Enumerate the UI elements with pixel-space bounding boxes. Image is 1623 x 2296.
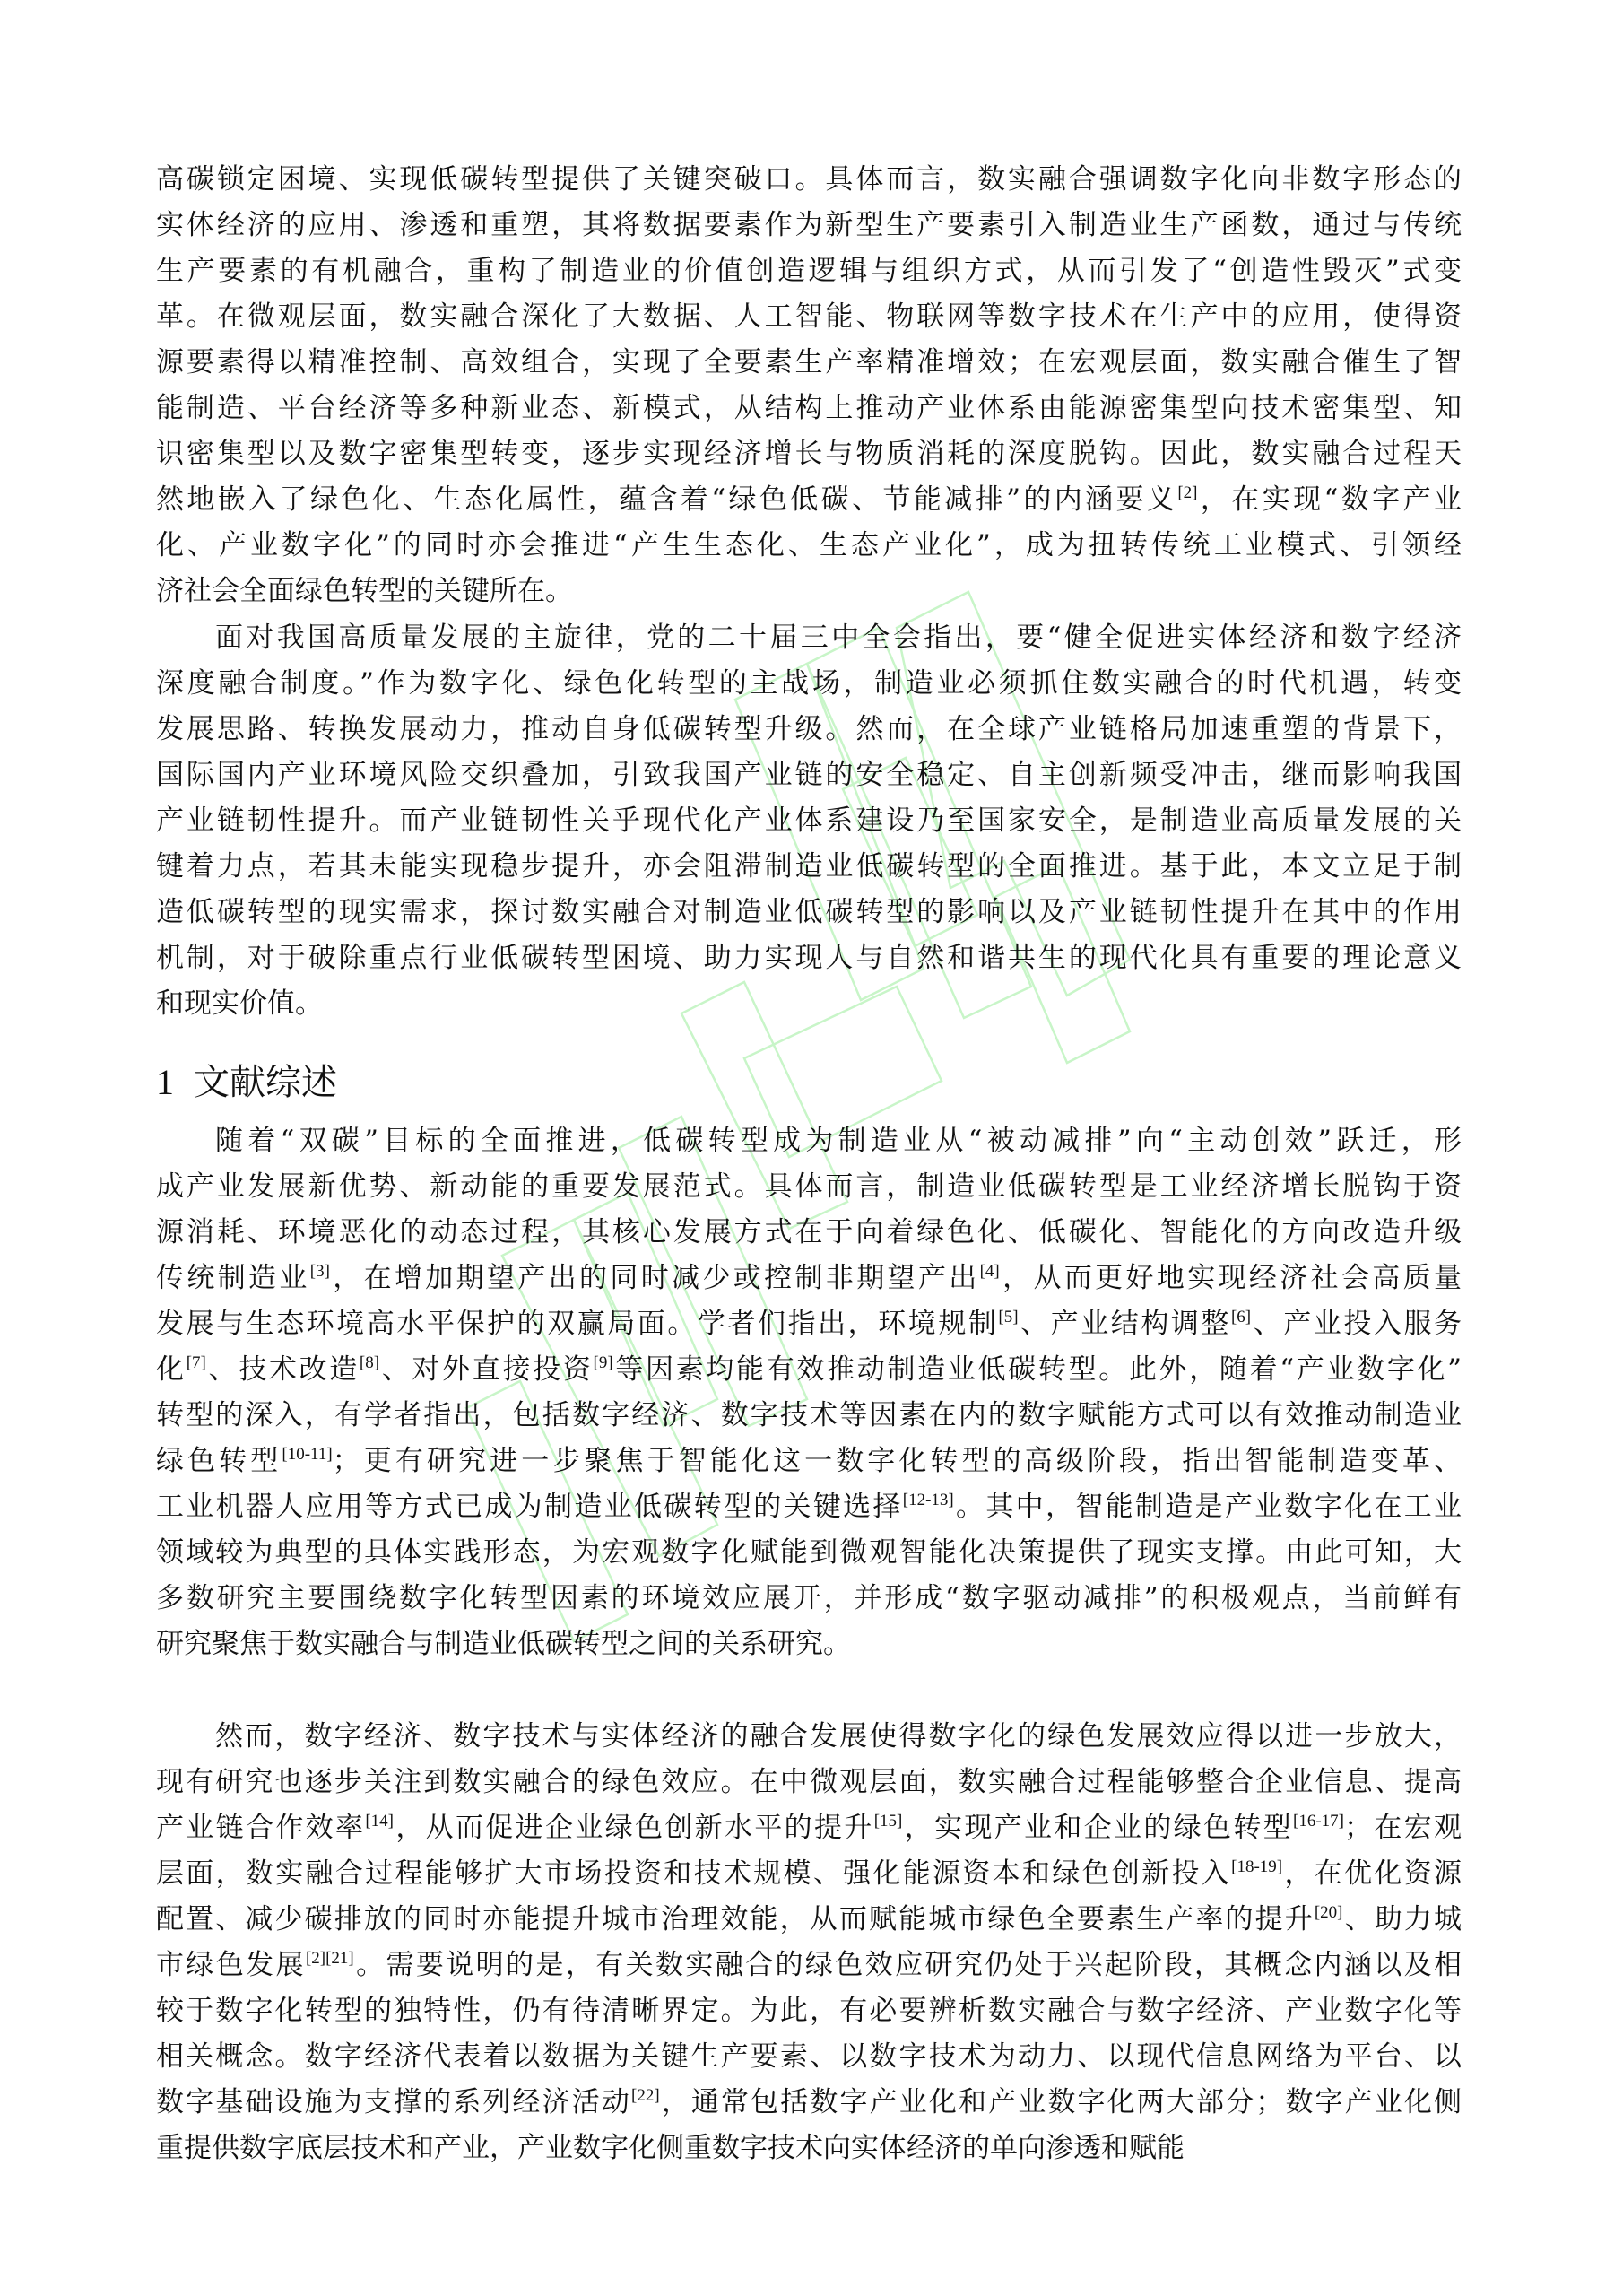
text-line: 化[7]、技术改造[8]、对外直接投资[9]等因素均能有效推动制造业低碳转型。此…	[156, 1347, 1462, 1392]
text-line: 工业机器人应用等方式已成为制造业低碳转型的关键选择[12-13]。其中，智能制造…	[156, 1484, 1462, 1529]
text-run: 高碳锁定困境、实现低碳转型提供了关键突破口。具体而言，数实融合强调数字化向非数字…	[156, 163, 1462, 196]
text-run: ，通常包括数字产业化和产业数字化两大部分；数字产业化侧	[660, 2086, 1462, 2118]
citation-ref[interactable]: [14]	[365, 1812, 394, 1831]
text-line: 相关概念。数字经济代表着以数据为关键生产要素、以数字技术为动力、以现代信息网络为…	[156, 2034, 1462, 2079]
text-run: ，从而促进企业绿色创新水平的提升	[394, 1812, 874, 1844]
text-run: 。需要说明的是，有关数实融合的绿色效应研究仍处于兴起阶段，其概念内涵以及相	[354, 1949, 1462, 1981]
text-run: 转型的深入，有学者指出，包括数字经济、数字技术等因素在内的数字赋能方式可以有效推…	[156, 1399, 1462, 1431]
text-line: 然而，数字经济、数字技术与实体经济的融合发展使得数字化的绿色发展效应得以进一步放…	[215, 1714, 1462, 1759]
text-line: 层面，数实融合过程能够扩大市场投资和技术规模、强化能源资本和绿色创新投入[18-…	[156, 1851, 1462, 1896]
text-run: 、产业结构调整	[1019, 1308, 1231, 1340]
text-line: 实体经济的应用、渗透和重塑，其将数据要素作为新型生产要素引入制造业生产函数，通过…	[156, 203, 1462, 248]
text-line: 领域较为典型的具体实践形态，为宏观数字化赋能到微观智能化决策提供了现实支撑。由此…	[156, 1530, 1462, 1575]
text-run: 深度融合制度。”作为数字化、绿色化转型的主战场，制造业必须抓住数实融合的时代机遇…	[156, 667, 1462, 700]
text-run: 随着“双碳”目标的全面推进，低碳转型成为制造业从“被动减排”向“主动创效”跃迁，…	[215, 1125, 1462, 1157]
text-run: 机制，对于破除重点行业低碳转型困境、助力实现人与自然和谐共生的现代化具有重要的理…	[156, 942, 1462, 974]
section-number: 1	[156, 1062, 174, 1102]
text-run: 然地嵌入了绿色化、生态化属性，蕴含着“绿色低碳、节能减排”的内涵要义	[156, 483, 1177, 516]
citation-ref[interactable]: [18-19]	[1231, 1857, 1282, 1876]
citation-ref[interactable]: [12-13]	[903, 1491, 954, 1509]
text-line: 市绿色发展[2][21]。需要说明的是，有关数实融合的绿色效应研究仍处于兴起阶段…	[156, 1943, 1462, 1987]
text-run: 重提供数字底层技术和产业，产业数字化侧重数字技术向实体经济的单向渗透和赋能	[156, 2132, 1185, 2164]
text-line: 绿色转型[10-11]；更有研究进一步聚焦于智能化这一数字化转型的高级阶段，指出…	[156, 1439, 1462, 1483]
text-line: 多数研究主要围绕数字化转型因素的环境效应展开，并形成“数字驱动减排”的积极观点，…	[156, 1576, 1462, 1621]
text-line: 能制造、平台经济等多种新业态、新模式，从结构上推动产业体系由能源密集型向技术密集…	[156, 386, 1462, 430]
text-line: 面对我国高质量发展的主旋律，党的二十届三中全会指出，要“健全促进实体经济和数字经…	[215, 615, 1462, 660]
text-line: 发展与生态环境高水平保护的双赢局面。学者们指出，环境规制[5]、产业结构调整[6…	[156, 1301, 1462, 1346]
citation-ref[interactable]: [9]	[594, 1353, 613, 1372]
text-run: 革。在微观层面，数实融合深化了大数据、人工智能、物联网等数字技术在生产中的应用，…	[156, 300, 1462, 333]
text-line: 数字基础设施为支撑的系列经济活动[22]，通常包括数字产业化和产业数字化两大部分…	[156, 2080, 1462, 2125]
citation-ref[interactable]: [2][21]	[306, 1949, 354, 1968]
text-line: 较于数字化转型的独特性，仍有待清晰界定。为此，有必要辨析数实融合与数字经济、产业…	[156, 1988, 1462, 2033]
text-line: 现有研究也逐步关注到数实融合的绿色效应。在中微观层面，数实融合过程能够整合企业信…	[156, 1760, 1462, 1805]
citation-ref[interactable]: [4]	[980, 1262, 1000, 1281]
citation-ref[interactable]: [20]	[1315, 1903, 1343, 1922]
text-run: 、对外直接投资	[379, 1353, 593, 1386]
text-run: 国际国内产业环境风险交织叠加，引致我国产业链的安全稳定、自主创新频受冲击，继而影…	[156, 759, 1462, 791]
citation-ref[interactable]: [3]	[310, 1262, 330, 1281]
text-run: 实体经济的应用、渗透和重塑，其将数据要素作为新型生产要素引入制造业生产函数，通过…	[156, 209, 1462, 241]
section-title: 文献综述	[194, 1062, 337, 1103]
text-run: ；在宏观	[1344, 1812, 1462, 1844]
citation-ref[interactable]: [5]	[998, 1308, 1018, 1326]
text-run: 键着力点，若其未能实现稳步提升，亦会阻滞制造业低碳转型的全面推进。基于此，本文立…	[156, 850, 1462, 883]
text-line: 和现实价值。	[156, 981, 1462, 1026]
text-run: 面对我国高质量发展的主旋律，党的二十届三中全会指出，要“健全促进实体经济和数字经…	[215, 622, 1462, 654]
text-line: 高碳锁定困境、实现低碳转型提供了关键突破口。具体而言，数实融合强调数字化向非数字…	[156, 157, 1462, 202]
text-run: 化、产业数字化”的同时亦会推进“产生生态化、生态产业化”，成为扭转传统工业模式、…	[156, 529, 1462, 561]
text-run: 。其中，智能制造是产业数字化在工业	[954, 1491, 1462, 1523]
text-run: 生产要素的有机融合，重构了制造业的价值创造逻辑与组织方式，从而引发了“创造性毁灭…	[156, 255, 1462, 287]
text-line: 深度融合制度。”作为数字化、绿色化转型的主战场，制造业必须抓住数实融合的时代机遇…	[156, 661, 1462, 706]
text-run: 领域较为典型的具体实践形态，为宏观数字化赋能到微观智能化决策提供了现实支撑。由此…	[156, 1536, 1462, 1569]
text-run: 、产业投入服务	[1251, 1308, 1462, 1340]
text-line: 源消耗、环境恶化的动态过程，其核心发展方式在于向着绿色化、低碳化、智能化的方向改…	[156, 1210, 1462, 1255]
text-run: 配置、减少碳排放的同时亦能提升城市治理效能，从而赋能城市绿色全要素生产率的提升	[156, 1903, 1315, 1935]
text-run: 传统制造业	[156, 1262, 310, 1294]
text-run: 和现实价值。	[156, 987, 323, 1020]
text-run: 市绿色发展	[156, 1949, 306, 1981]
text-run: 、助力城	[1343, 1903, 1462, 1935]
text-run: 能制造、平台经济等多种新业态、新模式，从结构上推动产业体系由能源密集型向技术密集…	[156, 392, 1462, 424]
text-run: ，在增加期望产出的同时减少或控制非期望产出	[330, 1262, 980, 1294]
text-line: 源要素得以精准控制、高效组合，实现了全要素生产率精准增效；在宏观层面，数实融合催…	[156, 340, 1462, 385]
text-line: 识密集型以及数字密集型转变，逐步实现经济增长与物质消耗的深度脱钩。因此，数实融合…	[156, 431, 1462, 476]
citation-ref[interactable]: [7]	[187, 1353, 206, 1372]
text-line: 重提供数字底层技术和产业，产业数字化侧重数字技术向实体经济的单向渗透和赋能	[156, 2126, 1462, 2170]
text-line: 键着力点，若其未能实现稳步提升，亦会阻滞制造业低碳转型的全面推进。基于此，本文立…	[156, 844, 1462, 889]
text-run: 然而，数字经济、数字技术与实体经济的融合发展使得数字化的绿色发展效应得以进一步放…	[215, 1720, 1462, 1752]
text-run: 研究聚焦于数实融合与制造业低碳转型之间的关系研究。	[156, 1628, 851, 1660]
text-run: 济社会全面绿色转型的关键所在。	[156, 575, 573, 607]
text-run: 、技术改造	[206, 1353, 360, 1386]
text-run: 识密集型以及数字密集型转变，逐步实现经济增长与物质消耗的深度脱钩。因此，数实融合…	[156, 438, 1462, 470]
text-run: 源要素得以精准控制、高效组合，实现了全要素生产率精准增效；在宏观层面，数实融合催…	[156, 346, 1462, 378]
text-run: 工业机器人应用等方式已成为制造业低碳转型的关键选择	[156, 1491, 903, 1523]
citation-ref[interactable]: [8]	[360, 1353, 379, 1372]
text-run: 造低碳转型的现实需求，探讨数实融合对制造业低碳转型的影响以及产业链韧性提升在其中…	[156, 896, 1462, 928]
text-line: 化、产业数字化”的同时亦会推进“产生生态化、生态产业化”，成为扭转传统工业模式、…	[156, 523, 1462, 568]
citation-ref[interactable]: [22]	[631, 2086, 660, 2105]
text-line: 产业链合作效率[14]，从而促进企业绿色创新水平的提升[15]，实现产业和企业的…	[156, 1805, 1462, 1850]
text-line: 国际国内产业环境风险交织叠加，引致我国产业链的安全稳定、自主创新频受冲击，继而影…	[156, 752, 1462, 797]
text-run: ，从而更好地实现经济社会高质量	[1000, 1262, 1462, 1294]
text-line: 然地嵌入了绿色化、生态化属性，蕴含着“绿色低碳、节能减排”的内涵要义[2]，在实…	[156, 477, 1462, 522]
text-run: 成产业发展新优势、新动能的重要发展范式。具体而言，制造业低碳转型是工业经济增长脱…	[156, 1170, 1462, 1203]
text-line: 生产要素的有机融合，重构了制造业的价值创造逻辑与组织方式，从而引发了“创造性毁灭…	[156, 248, 1462, 293]
citation-ref[interactable]: [16-17]	[1293, 1812, 1344, 1831]
text-line: 机制，对于破除重点行业低碳转型困境、助力实现人与自然和谐共生的现代化具有重要的理…	[156, 935, 1462, 980]
text-line: 产业链韧性提升。而产业链韧性关乎现代化产业体系建设乃至国家安全，是制造业高质量发…	[156, 798, 1462, 843]
citation-ref[interactable]: [15]	[874, 1812, 903, 1831]
text-run: 现有研究也逐步关注到数实融合的绿色效应。在中微观层面，数实融合过程能够整合企业信…	[156, 1766, 1462, 1798]
text-run: 数字基础设施为支撑的系列经济活动	[156, 2086, 631, 2118]
text-line: 造低碳转型的现实需求，探讨数实融合对制造业低碳转型的影响以及产业链韧性提升在其中…	[156, 890, 1462, 935]
text-run: 绿色转型	[156, 1445, 282, 1477]
text-line: 随着“双碳”目标的全面推进，低碳转型成为制造业从“被动减排”向“主动创效”跃迁，…	[215, 1118, 1462, 1163]
text-line: 成产业发展新优势、新动能的重要发展范式。具体而言，制造业低碳转型是工业经济增长脱…	[156, 1164, 1462, 1209]
text-run: 化	[156, 1353, 187, 1386]
citation-ref[interactable]: [6]	[1231, 1308, 1251, 1326]
citation-ref[interactable]: [2]	[1177, 483, 1197, 502]
section-heading: 1文献综述	[156, 1056, 337, 1109]
text-line: 发展思路、转换发展动力，推动自身低碳转型升级。然而，在全球产业链格局加速重塑的背…	[156, 707, 1462, 752]
citation-ref[interactable]: [10-11]	[282, 1445, 332, 1464]
document-page: 高碳锁定困境、实现低碳转型提供了关键突破口。具体而言，数实融合强调数字化向非数字…	[0, 0, 1623, 2296]
text-run: 相关概念。数字经济代表着以数据为关键生产要素、以数字技术为动力、以现代信息网络为…	[156, 2040, 1462, 2073]
text-run: 源消耗、环境恶化的动态过程，其核心发展方式在于向着绿色化、低碳化、智能化的方向改…	[156, 1216, 1462, 1248]
text-run: 产业链合作效率	[156, 1812, 365, 1844]
text-run: ，在优化资源	[1282, 1857, 1462, 1890]
text-line: 济社会全面绿色转型的关键所在。	[156, 569, 1462, 613]
text-run: ，实现产业和企业的绿色转型	[902, 1812, 1293, 1844]
text-run: 多数研究主要围绕数字化转型因素的环境效应展开，并形成“数字驱动减排”的积极观点，…	[156, 1582, 1462, 1614]
text-run: 发展与生态环境高水平保护的双赢局面。学者们指出，环境规制	[156, 1308, 998, 1340]
text-run: 层面，数实融合过程能够扩大市场投资和技术规模、强化能源资本和绿色创新投入	[156, 1857, 1231, 1890]
text-run: 较于数字化转型的独特性，仍有待清晰界定。为此，有必要辨析数实融合与数字经济、产业…	[156, 1995, 1462, 2027]
text-line: 配置、减少碳排放的同时亦能提升城市治理效能，从而赋能城市绿色全要素生产率的提升[…	[156, 1897, 1462, 1942]
text-run: 发展思路、转换发展动力，推动自身低碳转型升级。然而，在全球产业链格局加速重塑的背…	[156, 713, 1462, 745]
text-line: 传统制造业[3]，在增加期望产出的同时减少或控制非期望产出[4]，从而更好地实现…	[156, 1256, 1462, 1300]
text-line: 转型的深入，有学者指出，包括数字经济、数字技术等因素在内的数字赋能方式可以有效推…	[156, 1393, 1462, 1438]
text-run: ；更有研究进一步聚焦于智能化这一数字化转型的高级阶段，指出智能制造变革、	[333, 1445, 1462, 1477]
text-line: 革。在微观层面，数实融合深化了大数据、人工智能、物联网等数字技术在生产中的应用，…	[156, 294, 1462, 339]
text-run: 等因素均能有效推动制造业低碳转型。此外，随着“产业数字化”	[613, 1353, 1462, 1386]
text-run: 产业链韧性提升。而产业链韧性关乎现代化产业体系建设乃至国家安全，是制造业高质量发…	[156, 804, 1462, 837]
text-run: ，在实现“数字产业	[1198, 483, 1462, 516]
text-line: 研究聚焦于数实融合与制造业低碳转型之间的关系研究。	[156, 1622, 1462, 1666]
